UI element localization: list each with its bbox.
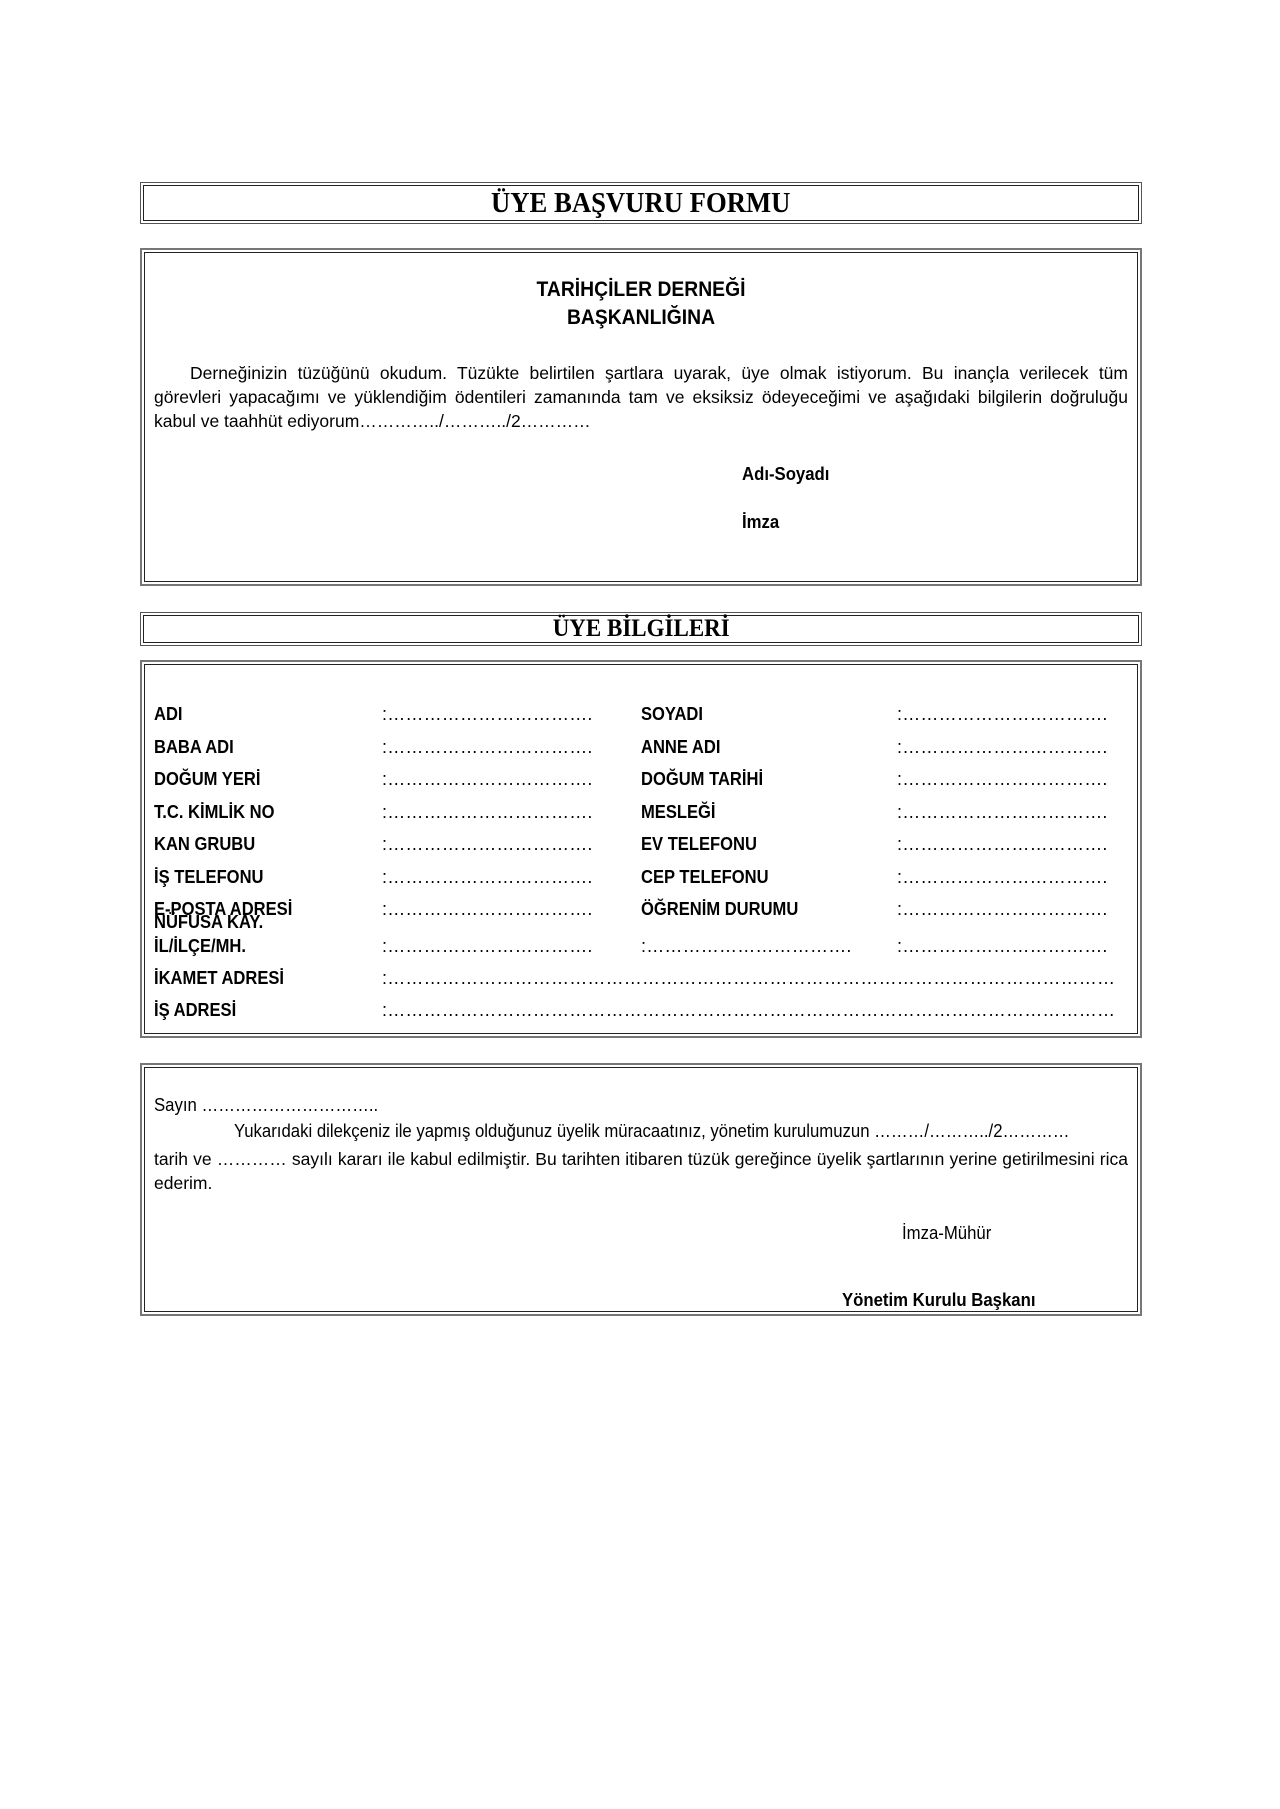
field-input[interactable]: :……………………………. [897,867,1115,888]
member-info-title-box: ÜYE BİLGİLERİ [140,612,1142,646]
field-label: MESLEĞİ [641,802,716,823]
info-row: DOĞUM YERİ:…………………………….DOĞUM TARİHİ:…………… [154,769,1128,797]
info-row: BABA ADI:…………………………….ANNE ADI:…………………………… [154,737,1128,765]
field-input[interactable]: :……………………………. [382,802,600,823]
field-input[interactable]: :……………………………. [897,704,1115,725]
board-chair-label: Yönetim Kurulu Başkanı [842,1290,1035,1311]
field-input[interactable]: :……………………………. [382,834,600,855]
field-label: DOĞUM TARİHİ [641,769,763,790]
association-name: TARİHÇİLER DERNEĞİ [182,278,1100,302]
field-label: T.C. KİMLİK NO [154,802,275,823]
salutation: Sayın ………………………….. [154,1095,378,1116]
field-label: KAN GRUBU [154,834,255,855]
work-address-label: İŞ ADRESİ [154,1000,236,1021]
info-row: KAN GRUBU:…………………………….EV TELEFONU:………………… [154,834,1128,862]
field-input[interactable]: :……………………………. [897,769,1115,790]
registry-neighborhood-field[interactable]: :……………………………. [897,936,1115,957]
registry-label-line1: NÜFUSA KAY. [154,912,263,933]
field-label: EV TELEFONU [641,834,757,855]
field-input[interactable]: :……………………………. [382,769,600,790]
addressee-heading: BAŞKANLIĞINA [182,306,1100,330]
field-label: BABA ADI [154,737,234,758]
petition-text: Derneğinizin tüzüğünü okudum. Tüzükte be… [154,361,1128,433]
field-input[interactable]: :……………………………. [897,834,1115,855]
signature-label: İmza [742,512,779,533]
residence-address-field[interactable]: :………………………………………………………………………………………………………… [382,968,1115,989]
form-title-box: ÜYE BAŞVURU FORMU [140,182,1142,224]
registry-district-field[interactable]: :……………………………. [641,936,859,957]
field-label: ADI [154,704,183,725]
approval-section: Sayın ………………………….. Yukarıdaki dilekçeniz… [140,1063,1142,1316]
registry-label-line2: İL/İLÇE/MH. [154,936,246,957]
field-input[interactable]: :……………………………. [897,737,1115,758]
info-row: ADI:…………………………….SOYADI:……………………………. [154,704,1128,732]
name-surname-label: Adı-Soyadı [742,464,829,485]
field-label: İŞ TELEFONU [154,867,263,888]
member-info-title: ÜYE BİLGİLERİ [552,615,729,643]
approval-text-rest: tarih ve ………… sayılı kararı ile kabul ed… [154,1147,1128,1195]
form-title: ÜYE BAŞVURU FORMU [491,187,790,220]
info-row: T.C. KİMLİK NO:…………………………….MESLEĞİ:……………… [154,802,1128,830]
signature-seal-label: İmza-Mühür [902,1223,991,1244]
field-input[interactable]: :……………………………. [382,704,600,725]
field-label: SOYADI [641,704,703,725]
member-info-section: ADI:…………………………….SOYADI:…………………………….BABA … [140,660,1142,1038]
work-address-field[interactable]: :………………………………………………………………………………………………………… [382,1000,1115,1021]
approval-text-line1: Yukarıdaki dilekçeniz ile yapmış olduğun… [234,1121,1069,1142]
field-input[interactable]: :……………………………. [382,737,600,758]
residence-address-label: İKAMET ADRESİ [154,968,284,989]
field-label: DOĞUM YERİ [154,769,260,790]
work-address-row: İŞ ADRESİ :……………………………………………………………………………… [154,1000,1128,1028]
residence-address-row: İKAMET ADRESİ :…………………………………………………………………… [154,968,1128,996]
field-label: ANNE ADI [641,737,720,758]
registry-row-fields: İL/İLÇE/MH. :……………………………. :……………………………. … [154,936,1128,964]
field-input[interactable]: :……………………………. [382,867,600,888]
info-row: İŞ TELEFONU:…………………………….CEP TELEFONU:………… [154,867,1128,895]
field-label: CEP TELEFONU [641,867,769,888]
registry-province-field[interactable]: :……………………………. [382,936,600,957]
field-input[interactable]: :……………………………. [897,802,1115,823]
petition-section: TARİHÇİLER DERNEĞİ BAŞKANLIĞINA Derneğin… [140,248,1142,586]
